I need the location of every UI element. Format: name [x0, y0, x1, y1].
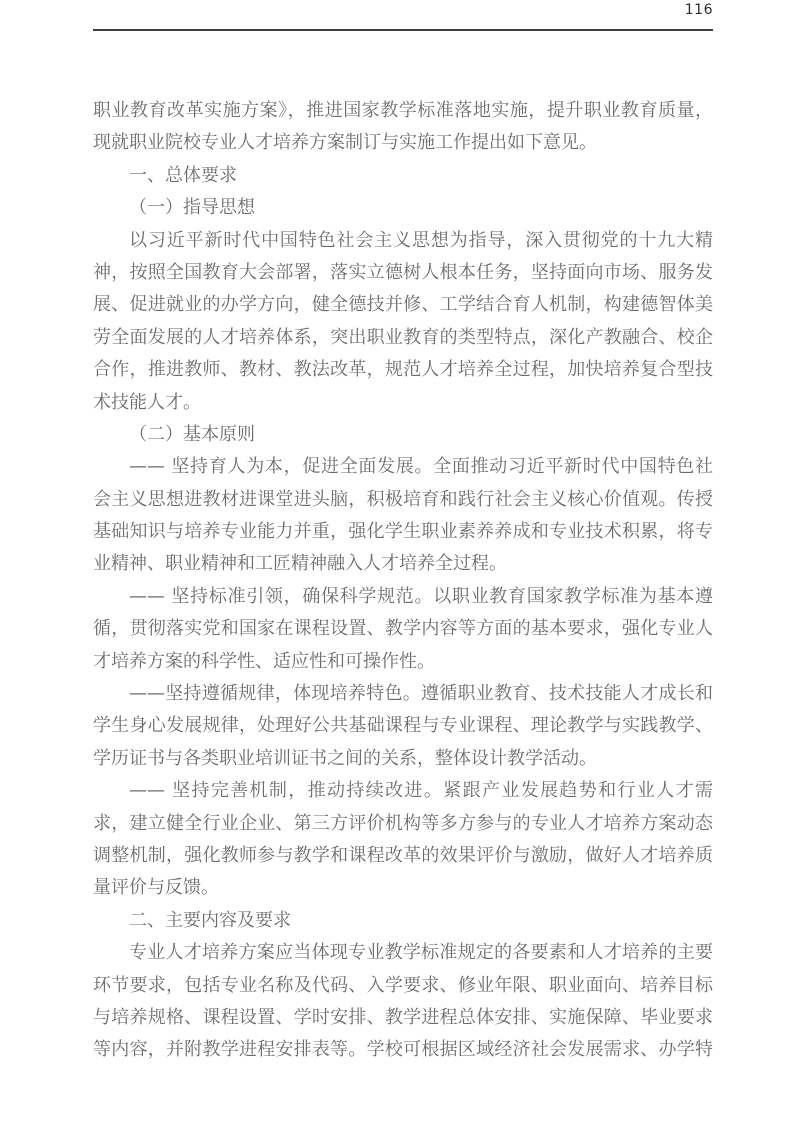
- text-line: —— 坚持完善机制，推动持续改进。紧跟产业发展趋势和行业人才需: [93, 775, 713, 807]
- text-line: —— 坚持标准引领，确保科学规范。以职业教育国家教学标准为基本遵: [93, 581, 713, 613]
- page-number: 116: [685, 2, 713, 18]
- text-line: ——坚持遵循规律，体现培养特色。遵循职业教育、技术技能人才成长和: [93, 678, 713, 710]
- text-line: （一）指导思想: [93, 192, 713, 224]
- header-rule: [93, 29, 713, 31]
- text-line: 二、主要内容及要求: [93, 905, 713, 937]
- text-line: 神，按照全国教育大会部署，落实立德树人根本任务，坚持面向市场、服务发: [93, 257, 713, 289]
- text-line: 术技能人才。: [93, 387, 713, 419]
- text-line: 学生身心发展规律，处理好公共基础课程与专业课程、理论教学与实践教学、: [93, 710, 713, 742]
- text-line: 等内容，并附教学进程安排表等。学校可根据区域经济社会发展需求、办学特: [93, 1034, 713, 1066]
- document-page: 116 职业教育改革实施方案》，推进国家教学标准落地实施，提升职业教育质量，现就…: [0, 0, 793, 1122]
- text-line: 基础知识与培养专业能力并重，强化学生职业素养养成和专业技术积累，将专: [93, 516, 713, 548]
- text-line: 量评价与反馈。: [93, 872, 713, 904]
- text-line: 求，建立健全行业企业、第三方评价机构等多方参与的专业人才培养方案动态: [93, 808, 713, 840]
- text-line: 现就职业院校专业人才培养方案制订与实施工作提出如下意见。: [93, 127, 713, 159]
- text-line: 劳全面发展的人才培养体系，突出职业教育的类型特点，深化产教融合、校企: [93, 322, 713, 354]
- text-line: —— 坚持育人为本，促进全面发展。全面推动习近平新时代中国特色社: [93, 451, 713, 483]
- text-line: 合作，推进教师、教材、教法改革，规范人才培养全过程，加快培养复合型技: [93, 354, 713, 386]
- text-line: 与培养规格、课程设置、学时安排、教学进程总体安排、实施保障、毕业要求: [93, 1002, 713, 1034]
- document-body: 职业教育改革实施方案》，推进国家教学标准落地实施，提升职业教育质量，现就职业院校…: [93, 95, 713, 1067]
- text-line: 循，贯彻落实党和国家在课程设置、教学内容等方面的基本要求，强化专业人: [93, 613, 713, 645]
- text-line: 展、促进就业的办学方向，健全德技并修、工学结合育人机制，构建德智体美: [93, 289, 713, 321]
- text-line: 业精神、职业精神和工匠精神融入人才培养全过程。: [93, 548, 713, 580]
- text-line: 调整机制，强化教师参与教学和课程改革的效果评价与激励，做好人才培养质: [93, 840, 713, 872]
- text-line: 职业教育改革实施方案》，推进国家教学标准落地实施，提升职业教育质量，: [93, 95, 713, 127]
- text-line: （二）基本原则: [93, 419, 713, 451]
- text-line: 才培养方案的科学性、适应性和可操作性。: [93, 646, 713, 678]
- text-line: 专业人才培养方案应当体现专业教学标准规定的各要素和人才培养的主要: [93, 937, 713, 969]
- text-line: 学历证书与各类职业培训证书之间的关系，整体设计教学活动。: [93, 743, 713, 775]
- text-line: 以习近平新时代中国特色社会主义思想为指导，深入贯彻党的十九大精: [93, 225, 713, 257]
- text-line: 会主义思想进教材进课堂进头脑，积极培育和践行社会主义核心价值观。传授: [93, 484, 713, 516]
- text-line: 环节要求，包括专业名称及代码、入学要求、修业年限、职业面向、培养目标: [93, 970, 713, 1002]
- text-line: 一、总体要求: [93, 160, 713, 192]
